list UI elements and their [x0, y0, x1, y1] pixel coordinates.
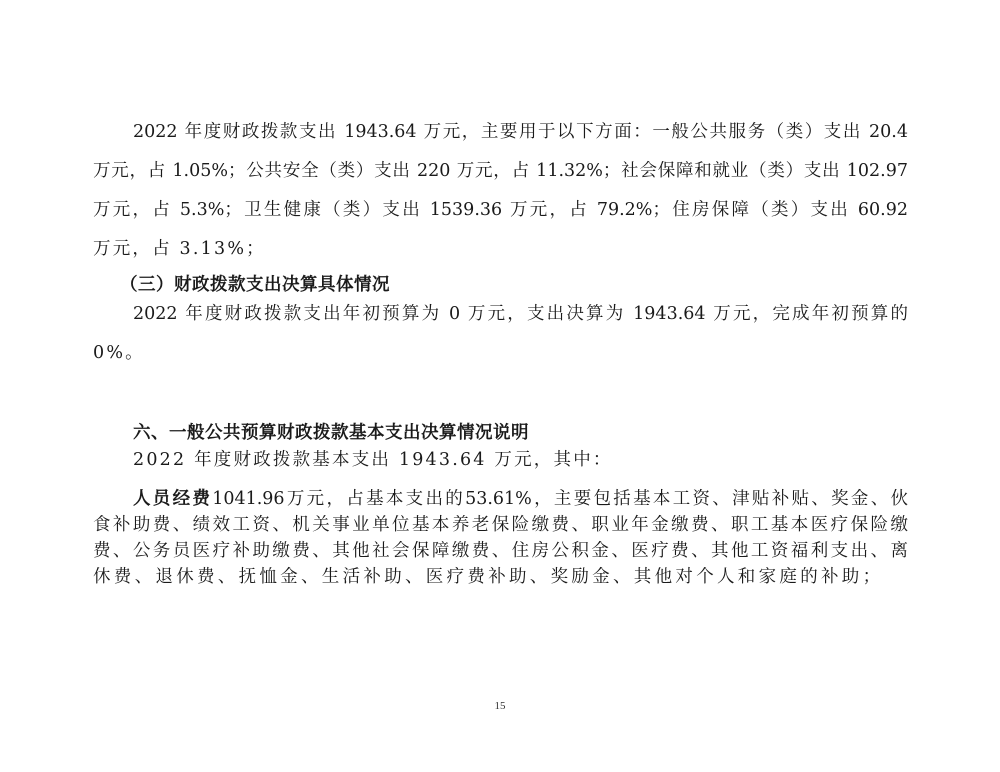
subsection-heading: （三）财政拨款支出决算具体情况 [120, 271, 390, 296]
page-number: 15 [0, 700, 1000, 712]
paragraph-line: 费、公务员医疗补助缴费、其他社会保障缴费、住房公积金、医疗费、其他工资福利支出、… [93, 537, 908, 562]
personnel-label: 人员经费 [133, 489, 212, 509]
personnel-text: 1041.96万元，占基本支出的53.61%，主要包括基本工资、津贴补贴、奖金、… [212, 489, 908, 509]
paragraph-line: 万元，占 1.05%；公共安全（类）支出 220 万元，占 11.32%；社会保… [93, 157, 908, 182]
paragraph-line: 2022 年度财政拨款支出 1943.64 万元，主要用于以下方面：一般公共服务… [133, 118, 908, 143]
paragraph-line: 0%。 [93, 339, 145, 364]
paragraph-line: 食补助费、绩效工资、机关事业单位基本养老保险缴费、职业年金缴费、职工基本医疗保险… [93, 511, 908, 536]
section-heading: 六、一般公共预算财政拨款基本支出决算情况说明 [133, 419, 529, 444]
paragraph-line: 人员经费1041.96万元，占基本支出的53.61%，主要包括基本工资、津贴补贴… [133, 485, 908, 510]
paragraph-line: 万元，占 5.3%；卫生健康（类）支出 1539.36 万元，占 79.2%；住… [93, 196, 908, 221]
paragraph-line: 2022 年度财政拨款基本支出 1943.64 万元，其中： [133, 446, 613, 471]
paragraph-line: 万元，占 3.13%； [93, 235, 266, 260]
paragraph-line: 休费、退休费、抚恤金、生活补助、医疗费补助、奖励金、其他对个人和家庭的补助； [93, 563, 883, 588]
paragraph-line: 2022 年度财政拨款支出年初预算为 0 万元，支出决算为 1943.64 万元… [133, 300, 908, 325]
